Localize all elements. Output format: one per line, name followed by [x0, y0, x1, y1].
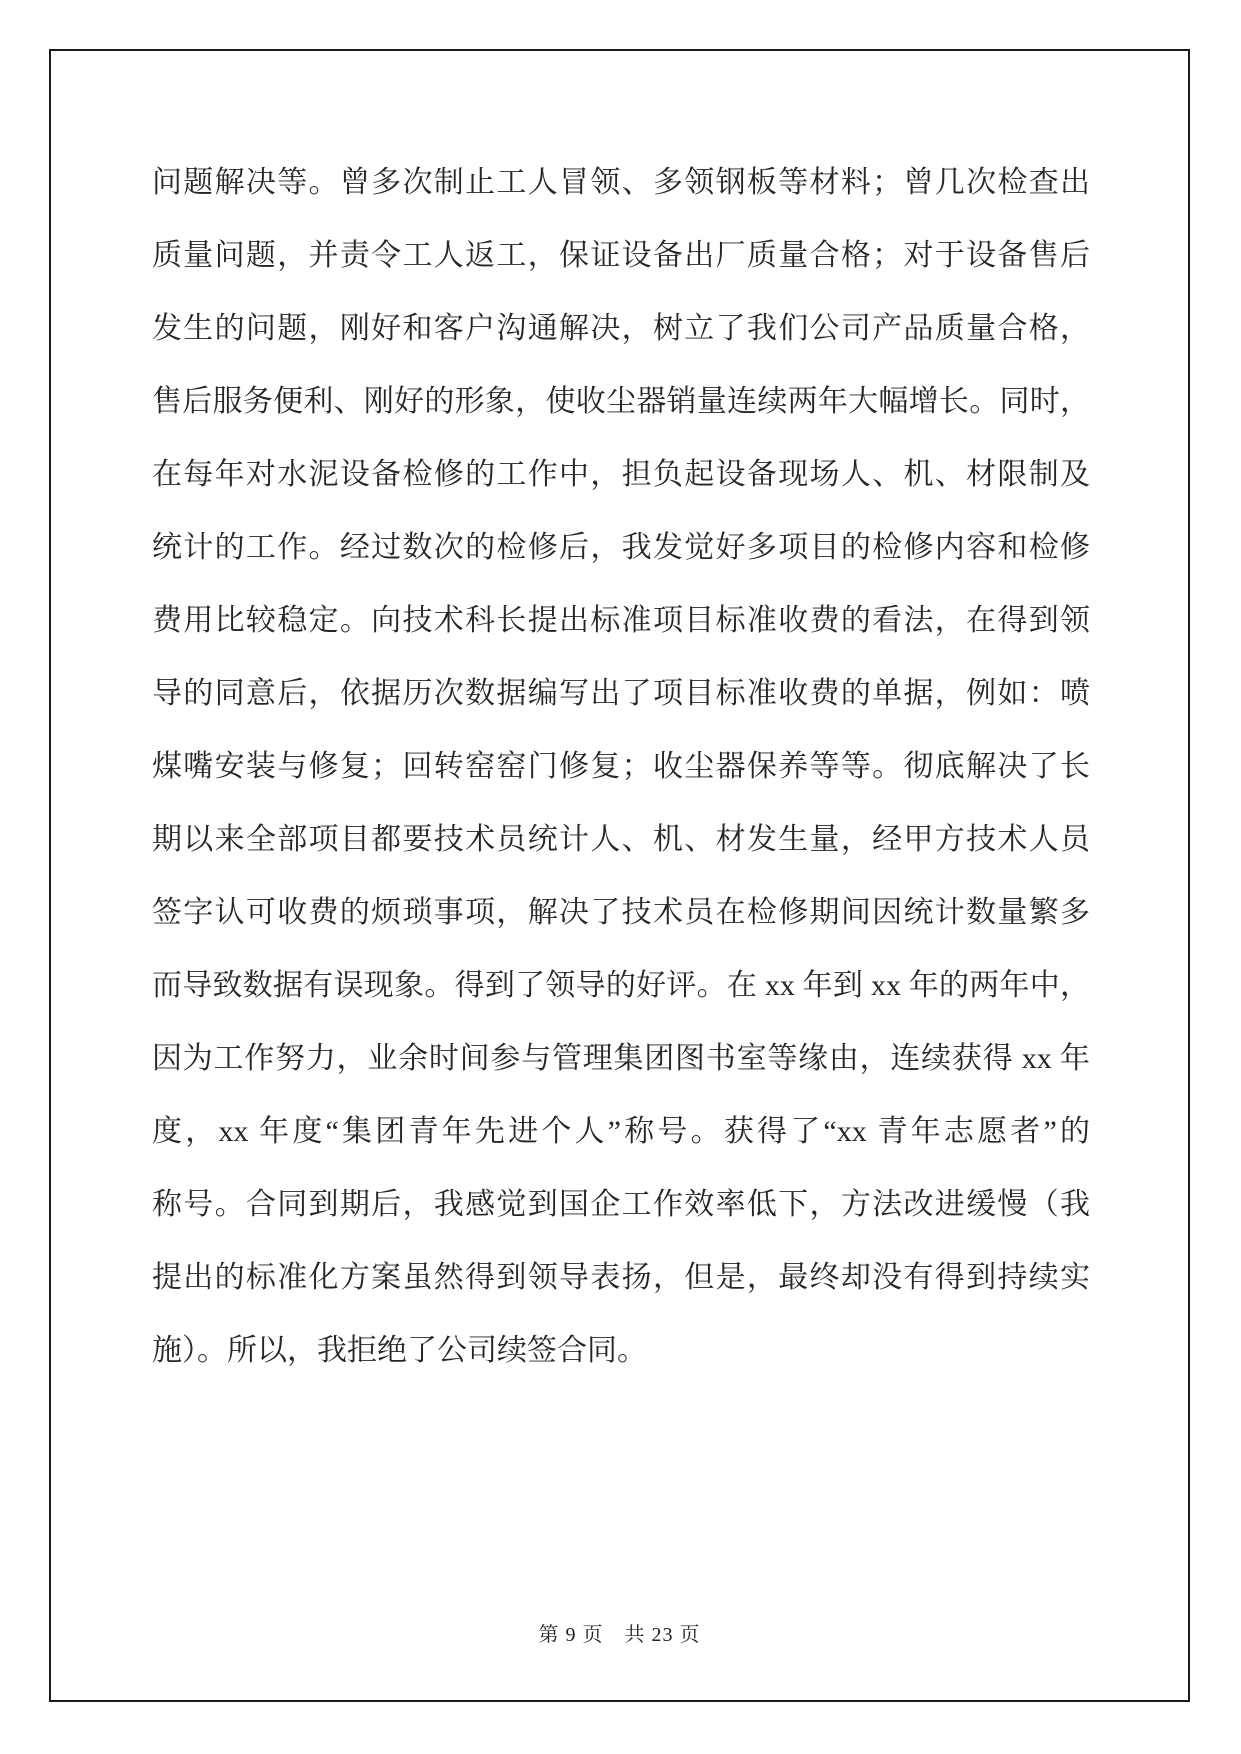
- body-line: 质量问题，并责令工人返工，保证设备出厂质量合格；对于设备售后: [152, 219, 1090, 292]
- body-line: 而导致数据有误现象。得到了领导的好评。在 xx 年到 xx 年的两年中，: [152, 949, 1090, 1022]
- body-line: 提出的标准化方案虽然得到领导表扬，但是，最终却没有得到持续实: [152, 1241, 1090, 1314]
- body-line: 在每年对水泥设备检修的工作中，担负起设备现场人、机、材限制及: [152, 438, 1090, 511]
- page-footer: 第 9 页 共 23 页: [49, 1618, 1190, 1647]
- body-line: 统计的工作。经过数次的检修后，我发觉好多项目的检修内容和检修: [152, 511, 1090, 584]
- body-line: 导的同意后，依据历次数据编写出了项目标准收费的单据，例如：喷: [152, 657, 1090, 730]
- body-line: 煤嘴安装与修复；回转窑窑门修复；收尘器保养等等。彻底解决了长: [152, 730, 1090, 803]
- body-line: 施）。所以，我拒绝了公司续签合同。: [152, 1314, 1090, 1387]
- body-line: 期以来全部项目都要技术员统计人、机、材发生量，经甲方技术人员: [152, 803, 1090, 876]
- page-number-label: 第 9 页 共 23 页: [539, 1624, 701, 1646]
- body-line: 度，xx 年度“集团青年先进个人”称号。获得了“xx 青年志愿者”的: [152, 1095, 1090, 1168]
- body-line: 问题解决等。曾多次制止工人冒领、多领钢板等材料；曾几次检查出: [152, 146, 1090, 219]
- body-line: 称号。合同到期后，我感觉到国企工作效率低下，方法改进缓慢（我: [152, 1168, 1090, 1241]
- body-line: 售后服务便利、刚好的形象，使收尘器销量连续两年大幅增长。同时，: [152, 365, 1090, 438]
- body-line: 签字认可收费的烦琐事项，解决了技术员在检修期间因统计数量繁多: [152, 876, 1090, 949]
- body-line: 因为工作努力，业余时间参与管理集团图书室等缘由，连续获得 xx 年: [152, 1022, 1090, 1095]
- body-line: 费用比较稳定。向技术科长提出标准项目标准收费的看法，在得到领: [152, 584, 1090, 657]
- document-body: 问题解决等。曾多次制止工人冒领、多领钢板等材料；曾几次检查出 质量问题，并责令工…: [152, 146, 1090, 1387]
- body-line: 发生的问题，刚好和客户沟通解决，树立了我们公司产品质量合格，: [152, 292, 1090, 365]
